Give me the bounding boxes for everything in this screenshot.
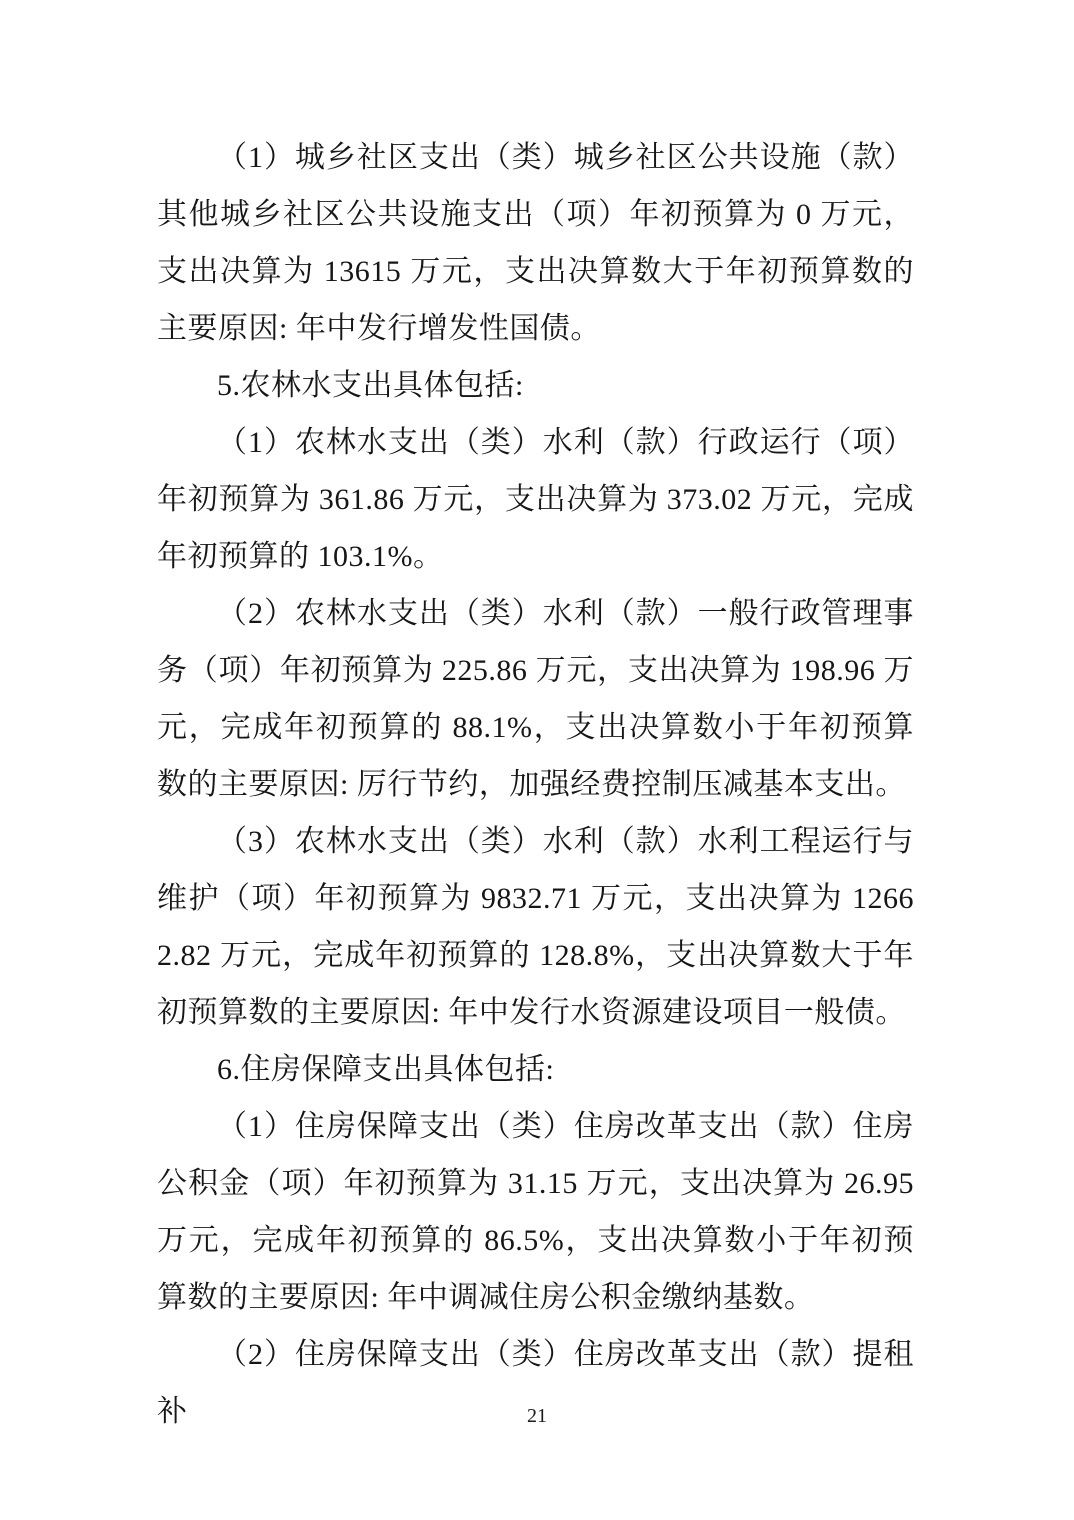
page-footer: 21 [0,1402,1074,1430]
paragraph-agri-water-item1: （1）农林水支出（类）水利（款）行政运行（项）年初预算为 361.86 万元，支… [157,414,914,585]
section-heading-housing-security: 6.住房保障支出具体包括: [157,1041,914,1098]
section-heading-agriculture-forestry-water: 5.农林水支出具体包括: [157,357,914,414]
document-body-text: （1）城乡社区支出（类）城乡社区公共设施（款）其他城乡社区公共设施支出（项）年初… [157,129,914,1440]
paragraph-housing-item1: （1）住房保障支出（类）住房改革支出（款）住房公积金（项）年初预算为 31.15… [157,1098,914,1326]
paragraph-agri-water-item3: （3）农林水支出（类）水利（款）水利工程运行与维护（项）年初预算为 9832.7… [157,813,914,1041]
paragraph-agri-water-item2: （2）农林水支出（类）水利（款）一般行政管理事务（项）年初预算为 225.86 … [157,585,914,813]
page-number: 21 [527,1405,547,1427]
paragraph-urban-rural-community-item1: （1）城乡社区支出（类）城乡社区公共设施（款）其他城乡社区公共设施支出（项）年初… [157,129,914,357]
document-page: （1）城乡社区支出（类）城乡社区公共设施（款）其他城乡社区公共设施支出（项）年初… [0,0,1074,1520]
